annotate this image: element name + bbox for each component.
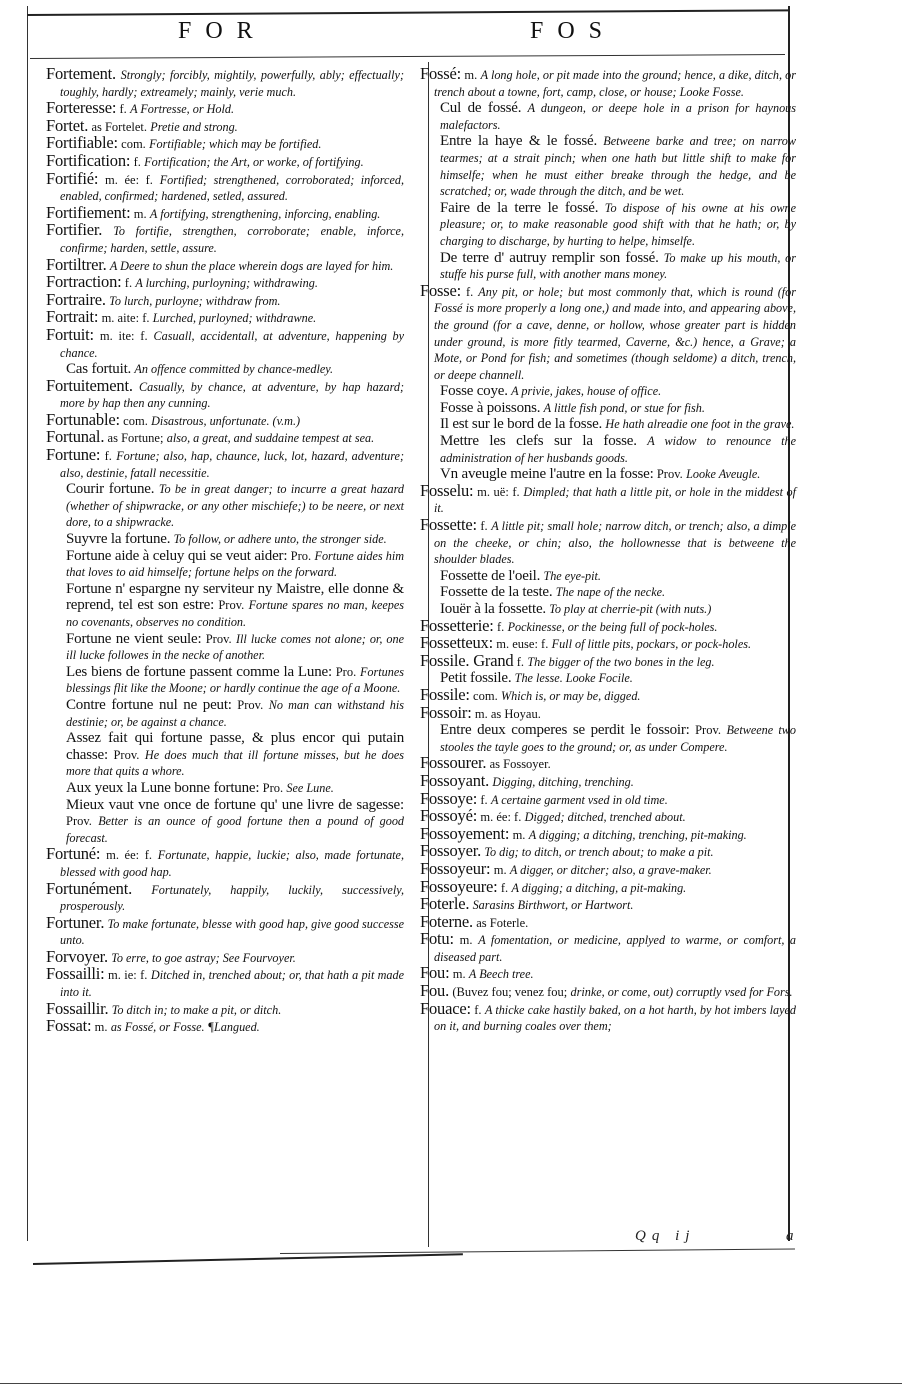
dictionary-entry: Fortunément. Fortunately, happily, lucki…: [46, 881, 404, 915]
dictionary-entry: Fortifié: m. ée: f. Fortified; strengthe…: [46, 171, 404, 205]
headword: Fosse coye.: [440, 383, 508, 399]
headword: Forvoyer.: [46, 947, 108, 966]
grammar-note: m. euse: f.: [496, 637, 548, 651]
headword: Fossile:: [420, 685, 470, 704]
headword: Fossette de l'oeil.: [440, 568, 540, 584]
headword: Fortunément.: [46, 879, 132, 898]
dictionary-entry: Fortification: f. Fortification; the Art…: [46, 153, 404, 171]
headword: Fortiltrer.: [46, 255, 107, 274]
headword: Fossoyé:: [420, 806, 477, 825]
definition: To erre, to goe astray; See Fourvoyer.: [111, 951, 296, 965]
sub-entry: De terre d' autruy remplir son fossé. To…: [420, 250, 796, 283]
dictionary-entry: Forteresse: f. A Fortresse, or Hold.: [46, 100, 404, 118]
definition: A fomentation, or medicine, applyed to w…: [434, 933, 796, 964]
headword: Foterle.: [420, 894, 469, 913]
sub-entry: Fossette de l'oeil. The eye-pit.: [420, 568, 796, 585]
dictionary-entry: Fou: m. A Beech tree.: [420, 965, 796, 983]
grammar-note: f.: [480, 793, 487, 807]
headword: Cas fortuit.: [66, 361, 131, 377]
definition: To fortifie, strengthen, corroborate; en…: [60, 224, 404, 255]
definition: Disastrous, unfortunate. (v.m.): [151, 414, 300, 428]
bottom-rule-right: [280, 1249, 795, 1254]
headword: De terre d' autruy remplir son fossé.: [440, 250, 659, 266]
headword: Fortuit:: [46, 325, 94, 344]
headword: Les biens de fortune passent comme la Lu…: [66, 664, 332, 680]
headword: Entre la haye & le fossé.: [440, 133, 597, 149]
catchword: a: [786, 1228, 794, 1245]
definition: See Lune.: [286, 781, 333, 795]
headword: Fortuner.: [46, 913, 104, 932]
headword: Mieux vaut vne once de fortune qu' une l…: [66, 797, 404, 813]
running-head-left: FOR: [178, 18, 267, 45]
grammar-note: as Fortune;: [108, 431, 164, 445]
right-column: Fossé: m. A long hole, or pit made into …: [420, 66, 796, 1035]
definition: Digged; ditched, trenched about.: [525, 810, 686, 824]
grammar-note: as Fossoyer.: [490, 757, 551, 771]
sub-entry: Contre fortune nul ne peut: Prov. No man…: [46, 697, 404, 730]
headword: Fortunable:: [46, 410, 120, 429]
headword: Fortifiable:: [46, 133, 118, 152]
grammar-note: m. uë: f.: [477, 485, 519, 499]
headword: Il est sur le bord de la fosse.: [440, 416, 602, 432]
definition: A long hole, or pit made into the ground…: [434, 68, 796, 99]
dictionary-entry: Fosselu: m. uë: f. Dimpled; that hath a …: [420, 483, 796, 517]
definition: A certaine garment vsed in old time.: [491, 793, 668, 807]
grammar-note: m.: [453, 967, 466, 981]
sub-entry: Vn aveugle meine l'autre en la fosse: Pr…: [420, 466, 796, 483]
headword: Fosse:: [420, 281, 461, 300]
headword: Fossé:: [420, 64, 461, 83]
definition: Digging, ditching, trenching.: [492, 775, 633, 789]
definition: To lurch, purloyne; withdraw from.: [109, 294, 280, 308]
headword: Courir fortune.: [66, 481, 154, 497]
headword: Fou:: [420, 963, 449, 982]
sub-entry: Fossette de la teste. The nape of the ne…: [420, 584, 796, 601]
grammar-note: f.: [474, 1003, 481, 1017]
headword: Fou.: [420, 981, 449, 1000]
grammar-note: com.: [473, 689, 498, 703]
grammar-note: Prov.: [657, 467, 683, 481]
headword: Fossourer.: [420, 753, 486, 772]
sub-entry: Fortune ne vient seule: Prov. Ill lucke …: [46, 631, 404, 664]
grammar-note: Prov.: [66, 814, 92, 828]
dictionary-entry: Foterne. as Foterle.: [420, 914, 796, 932]
grammar-note: Prov.: [113, 748, 139, 762]
dictionary-entry: Fortifier. To fortifie, strengthen, corr…: [46, 222, 404, 256]
definition: A thicke cake hastily baked, on a hot ha…: [434, 1003, 796, 1034]
grammar-note: f.: [105, 449, 112, 463]
headword: Fortune:: [46, 445, 100, 464]
headword: Fosse à poissons.: [440, 400, 540, 416]
grammar-note: f.: [120, 102, 127, 116]
grammar-note: f.: [466, 285, 473, 299]
headword: Cul de fossé.: [440, 100, 521, 116]
definition: Sarasins Birthwort, or Hartwort.: [473, 898, 634, 912]
headword: Fortifiement:: [46, 203, 130, 222]
sub-entry: Entre deux comperes se perdit le fossoir…: [420, 722, 796, 755]
definition: The eye-pit.: [543, 569, 601, 583]
sub-entry: Suyvre la fortune. To follow, or adhere …: [46, 531, 404, 548]
grammar-note: (Buvez fou; venez fou;: [452, 985, 567, 999]
definition: An offence committed by chance-medley.: [134, 362, 333, 376]
sub-entry: Entre la haye & le fossé. Betweene barke…: [420, 133, 796, 199]
headword: Mettre les clefs sur la fosse.: [440, 433, 637, 449]
grammar-note: Pro.: [263, 781, 284, 795]
dictionary-entry: Fortement. Strongly; forcibly, mightily,…: [46, 66, 404, 100]
definition: The bigger of the two bones in the leg.: [527, 655, 714, 669]
definition: Pretie and strong.: [150, 120, 237, 134]
definition: A little pit; small hole; narrow ditch, …: [434, 519, 796, 566]
definition: A lurching, purloyning; withdrawing.: [135, 276, 317, 290]
definition: Fortifiable; which may be fortified.: [149, 137, 321, 151]
scan-edge-line: [0, 1383, 902, 1384]
dictionary-entry: Fortune: f. Fortune; also, hap, chaunce,…: [46, 447, 404, 481]
grammar-note: Pro.: [291, 549, 312, 563]
headword: Fortune aide à celuy qui se veut aider:: [66, 548, 287, 564]
headword: Fossette de la teste.: [440, 584, 552, 600]
grammar-note: Prov.: [206, 632, 232, 646]
definition: also, a great, and suddaine tempest at s…: [167, 431, 374, 445]
definition: Looke Aveugle.: [686, 467, 760, 481]
grammar-note: m.: [134, 207, 147, 221]
definition: Pockinesse, or the being full of pock-ho…: [508, 620, 718, 634]
dictionary-entry: Fossoyeure: f. A digging; a ditching, a …: [420, 879, 796, 897]
definition: To follow, or adhere unto, the stronger …: [174, 532, 387, 546]
sub-entry: Assez fait qui fortune passe, & plus enc…: [46, 730, 404, 780]
headword: Fouace:: [420, 999, 471, 1018]
dictionary-entry: Fortuné: m. ée: f. Fortunate, happie, lu…: [46, 846, 404, 880]
sub-entry: Cul de fossé. A dungeon, or deepe hole i…: [420, 100, 796, 133]
definition: Full of little pits, pockars, or pock-ho…: [552, 637, 751, 651]
sub-entry: Fosse à poissons. A little fish pond, or…: [420, 400, 796, 417]
grammar-note: f.: [480, 519, 487, 533]
headword: Fossoyer.: [420, 841, 481, 860]
sub-entry: Courir fortune. To be in great danger; t…: [46, 481, 404, 531]
sub-entry: Aux yeux la Lune bonne fortune: Pro. See…: [46, 780, 404, 797]
dictionary-entry: Fossette: f. A little pit; small hole; n…: [420, 517, 796, 568]
grammar-note: as Foterle.: [476, 916, 528, 930]
definition: Fortification; the Art, or worke, of for…: [144, 155, 363, 169]
definition: as Fossé, or Fosse. ¶Langued.: [111, 1020, 260, 1034]
headword: Fossetteux:: [420, 633, 493, 652]
definition: A privie, jakes, house of office.: [511, 384, 661, 398]
headword: Fossetterie:: [420, 616, 494, 635]
dictionary-entry: Fossé: m. A long hole, or pit made into …: [420, 66, 796, 100]
dictionary-entry: Fossile. Grand f. The bigger of the two …: [420, 653, 796, 671]
sub-entry: Faire de la terre le fossé. To dispose o…: [420, 200, 796, 250]
grammar-note: Pro.: [336, 665, 357, 679]
headword: Entre deux comperes se perdit le fossoir…: [440, 722, 690, 738]
headword: Fortifier.: [46, 220, 102, 239]
dictionary-entry: Fossile: com. Which is, or may be, digge…: [420, 687, 796, 705]
sub-entry: Petit fossile. The lesse. Looke Focile.: [420, 670, 796, 687]
definition: A digger, or ditcher; also, a grave-make…: [510, 863, 712, 877]
headword: Vn aveugle meine l'autre en la fosse:: [440, 466, 654, 482]
headword: Fossailli:: [46, 964, 105, 983]
grammar-note: as Fortelet.: [91, 120, 147, 134]
grammar-note: m.: [494, 863, 507, 877]
definition: To dig; to ditch, or trench about; to ma…: [484, 845, 713, 859]
headword: Fossoyement:: [420, 824, 509, 843]
dictionary-entry: Fou. (Buvez fou; venez fou; drinke, or c…: [420, 983, 796, 1001]
headword: Iouër à la fossette.: [440, 601, 546, 617]
definition: To ditch in; to make a pit, or ditch.: [112, 1003, 282, 1017]
headword: Fossoye:: [420, 789, 477, 808]
bottom-rule: [33, 1253, 463, 1265]
definition: To make fortunate, blesse with good hap,…: [60, 917, 404, 948]
headword: Petit fossile.: [440, 670, 511, 686]
definition: A digging; a ditching, trenching, pit-ma…: [529, 828, 747, 842]
dictionary-entry: Fouace: f. A thicke cake hastily baked, …: [420, 1001, 796, 1035]
definition: A little fish pond, or stue for fish.: [544, 401, 705, 415]
definition: He hath alreadie one foot in the grave.: [605, 417, 794, 431]
running-head-right: FOS: [530, 18, 616, 45]
definition: A Fortresse, or Hold.: [130, 102, 234, 116]
dictionary-entry: Fortuner. To make fortunate, blesse with…: [46, 915, 404, 949]
headword: Fossoyeur:: [420, 859, 490, 878]
dictionary-entry: Fossailli: m. ie: f. Ditched in, trenche…: [46, 966, 404, 1000]
headword: Fortunal.: [46, 427, 104, 446]
definition: Fortune; also, hap, chaunce, luck, lot, …: [60, 449, 404, 480]
headword: Fortement.: [46, 64, 116, 83]
dictionary-entry: Fortuit: m. ite: f. Casuall, accidentall…: [46, 327, 404, 361]
definition: A Beech tree.: [469, 967, 534, 981]
definition: Any pit, or hole; but most commonly that…: [434, 285, 796, 382]
grammar-note: f.: [497, 620, 504, 634]
grammar-note: Prov.: [695, 723, 721, 737]
headword: Fotu:: [420, 929, 454, 948]
headword: Faire de la terre le fossé.: [440, 200, 598, 216]
grammar-note: Prov.: [237, 698, 263, 712]
grammar-note: f.: [134, 155, 141, 169]
definition: Lurched, purloyned; withdrawne.: [153, 311, 316, 325]
headword: Fortuné:: [46, 844, 100, 863]
dictionary-entry: Fortraire. To lurch, purloyne; withdraw …: [46, 292, 404, 310]
sub-entry: Il est sur le bord de la fosse. He hath …: [420, 416, 796, 433]
grammar-note: f.: [125, 276, 132, 290]
grammar-note: m.: [95, 1020, 108, 1034]
headword: Fossoyeure:: [420, 877, 498, 896]
grammar-note: m. ée: f.: [480, 810, 521, 824]
headword: Fortet.: [46, 116, 88, 135]
grammar-note: m.: [513, 828, 526, 842]
dictionary-entry: Fossat: m. as Fossé, or Fosse. ¶Langued.: [46, 1018, 404, 1036]
headword: Contre fortune nul ne peut:: [66, 697, 232, 713]
grammar-note: m. ite: f.: [100, 329, 148, 343]
headword: Fortraire.: [46, 290, 106, 309]
headword: Fossoir:: [420, 703, 472, 722]
sub-entry: Mieux vaut vne once de fortune qu' une l…: [46, 797, 404, 847]
headword: Fortune ne vient seule:: [66, 631, 201, 647]
grammar-note: f.: [517, 655, 524, 669]
dictionary-entry: Fossaillir. To ditch in; to make a pit, …: [46, 1001, 404, 1019]
headword: Fossaillir.: [46, 999, 108, 1018]
headword: Fossat:: [46, 1016, 91, 1035]
headword: Fortuitement.: [46, 376, 133, 395]
definition: Which is, or may be, digged.: [501, 689, 640, 703]
grammar-note: m.: [464, 68, 477, 82]
sub-entry: Fosse coye. A privie, jakes, house of of…: [420, 383, 796, 400]
definition: Better is an ounce of good fortune then …: [66, 814, 404, 845]
definition: A Deere to shun the place wherein dogs a…: [110, 259, 393, 273]
headword: Fortification:: [46, 151, 130, 170]
headword: Fossile. Grand: [420, 651, 513, 670]
dictionary-entry: Fosse: f. Any pit, or hole; but most com…: [420, 283, 796, 384]
sub-entry: Les biens de fortune passent comme la Lu…: [46, 664, 404, 697]
sub-entry: Mettre les clefs sur la fosse. A widow t…: [420, 433, 796, 466]
dictionary-entry: Foterle. Sarasins Birthwort, or Hartwort…: [420, 896, 796, 914]
signature-mark: Qq ij: [635, 1228, 695, 1245]
sub-entry: Fortune aide à celuy qui se veut aider: …: [46, 548, 404, 581]
grammar-note: com.: [121, 137, 146, 151]
headword: Fortraction:: [46, 272, 122, 291]
grammar-note: m. ie: f.: [108, 968, 147, 982]
grammar-note: m. ée: f.: [106, 848, 152, 862]
dictionary-entry: Fortuitement. Casually, by chance, at ad…: [46, 378, 404, 412]
grammar-note: m.: [460, 933, 473, 947]
headword: Fortifié:: [46, 169, 98, 188]
definition: The lesse. Looke Focile.: [515, 671, 633, 685]
headword: Fosselu:: [420, 481, 473, 500]
headword: Aux yeux la Lune bonne fortune:: [66, 780, 259, 796]
headword: Fossette:: [420, 515, 477, 534]
headword: Foterne.: [420, 912, 473, 931]
grammar-note: f.: [501, 881, 508, 895]
dictionary-entry: Fotu: m. A fomentation, or medicine, app…: [420, 931, 796, 965]
grammar-note: com.: [123, 414, 148, 428]
grammar-note: Prov.: [218, 598, 244, 612]
grammar-note: m. ée: f.: [105, 173, 153, 187]
headword: Fossoyant.: [420, 771, 489, 790]
left-column: Fortement. Strongly; forcibly, mightily,…: [46, 66, 404, 1036]
grammar-note: m. as Hoyau.: [475, 707, 541, 721]
sub-entry: Fortune n' espargne ny serviteur ny Mais…: [46, 581, 404, 631]
grammar-note: m. aite: f.: [102, 311, 150, 325]
definition: To play at cherrie-pit (with nuts.): [549, 602, 711, 616]
dictionary-entry: Fossoir: m. as Hoyau.: [420, 705, 796, 723]
definition: The nape of the necke.: [556, 585, 665, 599]
dictionary-entry: Fortrait: m. aite: f. Lurched, purloyned…: [46, 309, 404, 327]
definition: A fortifying, strengthening, inforcing, …: [150, 207, 380, 221]
headword: Forteresse:: [46, 98, 116, 117]
headword: Fortrait:: [46, 307, 98, 326]
headword: Suyvre la fortune.: [66, 531, 170, 547]
definition: drinke, or come, out) corruptly vsed for…: [571, 985, 793, 999]
definition: A digging; a ditching, a pit-making.: [511, 881, 686, 895]
